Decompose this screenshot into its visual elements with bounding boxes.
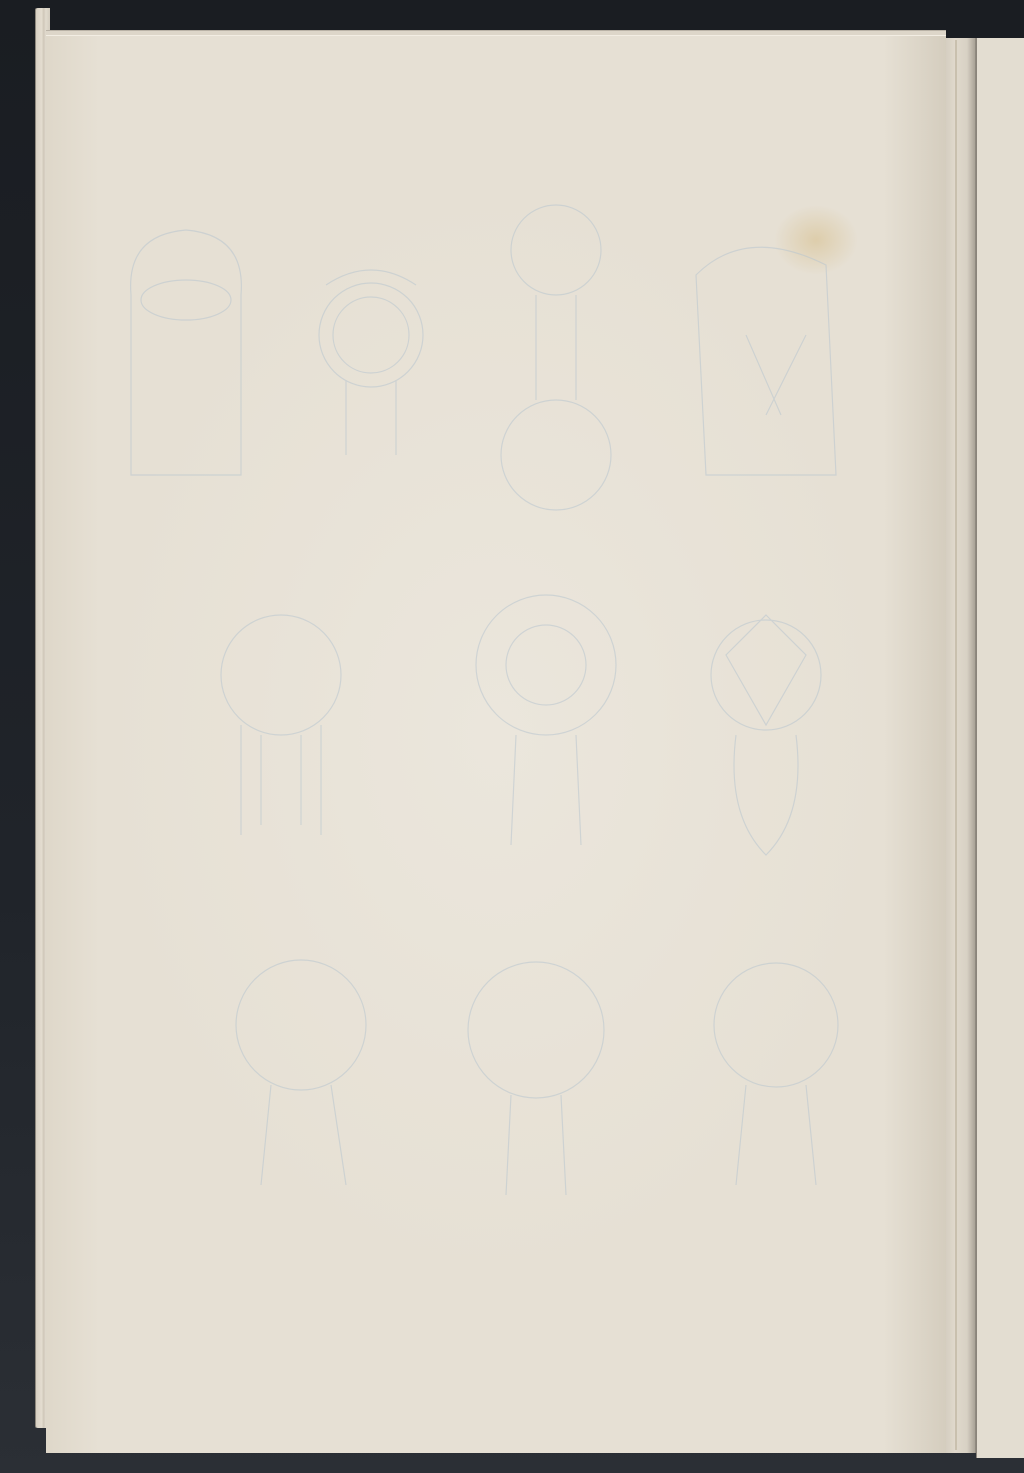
- facing-page-edge: [976, 38, 1024, 1458]
- gutter-fold-line: [955, 40, 957, 1450]
- blank-page: [46, 35, 946, 1453]
- book-gutter: [946, 38, 976, 1453]
